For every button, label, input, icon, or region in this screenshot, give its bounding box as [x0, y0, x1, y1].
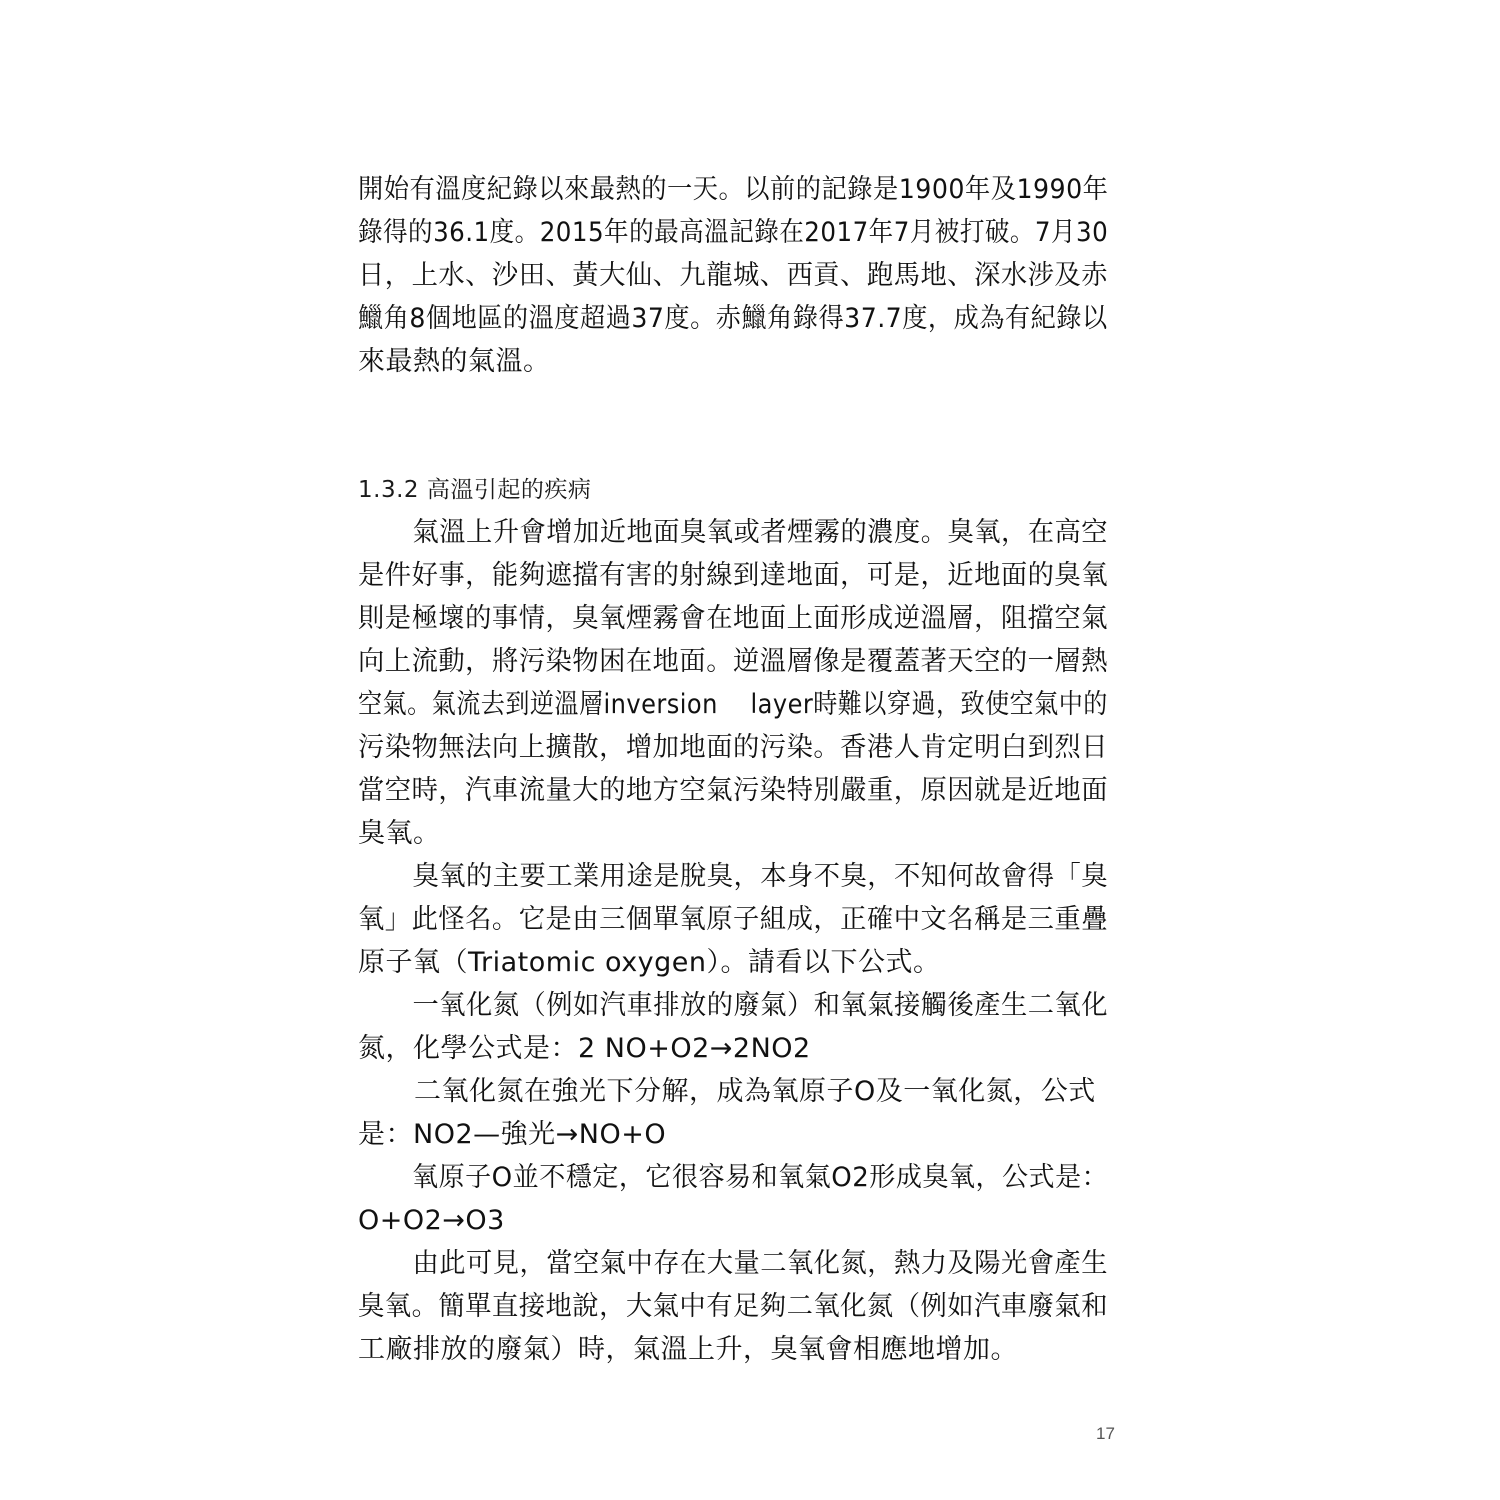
text-line: 原子氧（Triatomic oxygen）。請看以下公式。: [358, 941, 941, 984]
formula-line: O+O2→O3: [358, 1199, 505, 1242]
text-line: 臭氧。: [358, 812, 441, 855]
text-line: 日，上水、沙田、黃大仙、九龍城、西貢、跑馬地、深水涉及赤: [358, 254, 1108, 297]
text-line: 臭氧。簡單直接地說，大氣中有足夠二氧化氮（例如汽車廢氣和: [358, 1285, 1108, 1328]
text-line: 臭氧的主要工業用途是脫臭，本身不臭，不知何故會得「臭: [358, 855, 1108, 898]
text-line: 工廠排放的廢氣）時，氣溫上升，臭氧會相應地增加。: [358, 1328, 1018, 1371]
text-line: 空氣。氣流去到逆溫層inversion layer時難以穿過，致使空氣中的: [358, 683, 1108, 726]
text-line: 氧」此怪名。它是由三個單氧原子組成，正確中文名稱是三重疊: [358, 898, 1108, 941]
text-line: 則是極壞的事情，臭氧煙霧會在地面上面形成逆溫層，阻擋空氣: [358, 597, 1108, 640]
formula-line: 是：NO2—強光→NO+O: [358, 1113, 666, 1156]
text-line: 是件好事，能夠遮擋有害的射線到達地面，可是，近地面的臭氧: [358, 554, 1108, 597]
section-heading: 1.3.2 高溫引起的疾病: [358, 470, 591, 510]
text-line: 一氧化氮（例如汽車排放的廢氣）和氧氣接觸後產生二氧化: [358, 984, 1108, 1027]
text-line: 來最熱的氣溫。: [358, 340, 551, 383]
text-line: 向上流動，將污染物困在地面。逆溫層像是覆蓋著天空的一層熱: [358, 640, 1108, 683]
text-line: 氣溫上升會增加近地面臭氧或者煙霧的濃度。臭氧，在高空: [358, 511, 1108, 554]
document-page: 開始有溫度紀錄以來最熱的一天。以前的記錄是1900年及1990年 錄得的36.1…: [0, 0, 1500, 1500]
formula-line: 氮，化學公式是：2 NO+O2→2NO2: [358, 1027, 811, 1070]
text-line: 錄得的36.1度。2015年的最高溫記錄在2017年7月被打破。7月30: [358, 211, 1108, 254]
text-line: 二氧化氮在強光下分解，成為氧原子O及一氧化氮，公式: [358, 1070, 1096, 1113]
text-line: 氧原子O並不穩定，它很容易和氧氣O2形成臭氧，公式是：: [358, 1156, 1108, 1199]
page-number: 17: [1096, 1424, 1115, 1444]
text-line: 鱲角8個地區的溫度超過37度。赤鱲角錄得37.7度，成為有紀錄以: [358, 297, 1108, 340]
text-line: 污染物無法向上擴散，增加地面的污染。香港人肯定明白到烈日: [358, 726, 1108, 769]
text-line: 由此可見，當空氣中存在大量二氧化氮，熱力及陽光會產生: [358, 1242, 1108, 1285]
text-line: 開始有溫度紀錄以來最熱的一天。以前的記錄是1900年及1990年: [358, 168, 1108, 211]
text-line: 當空時，汽車流量大的地方空氣污染特別嚴重，原因就是近地面: [358, 769, 1108, 812]
